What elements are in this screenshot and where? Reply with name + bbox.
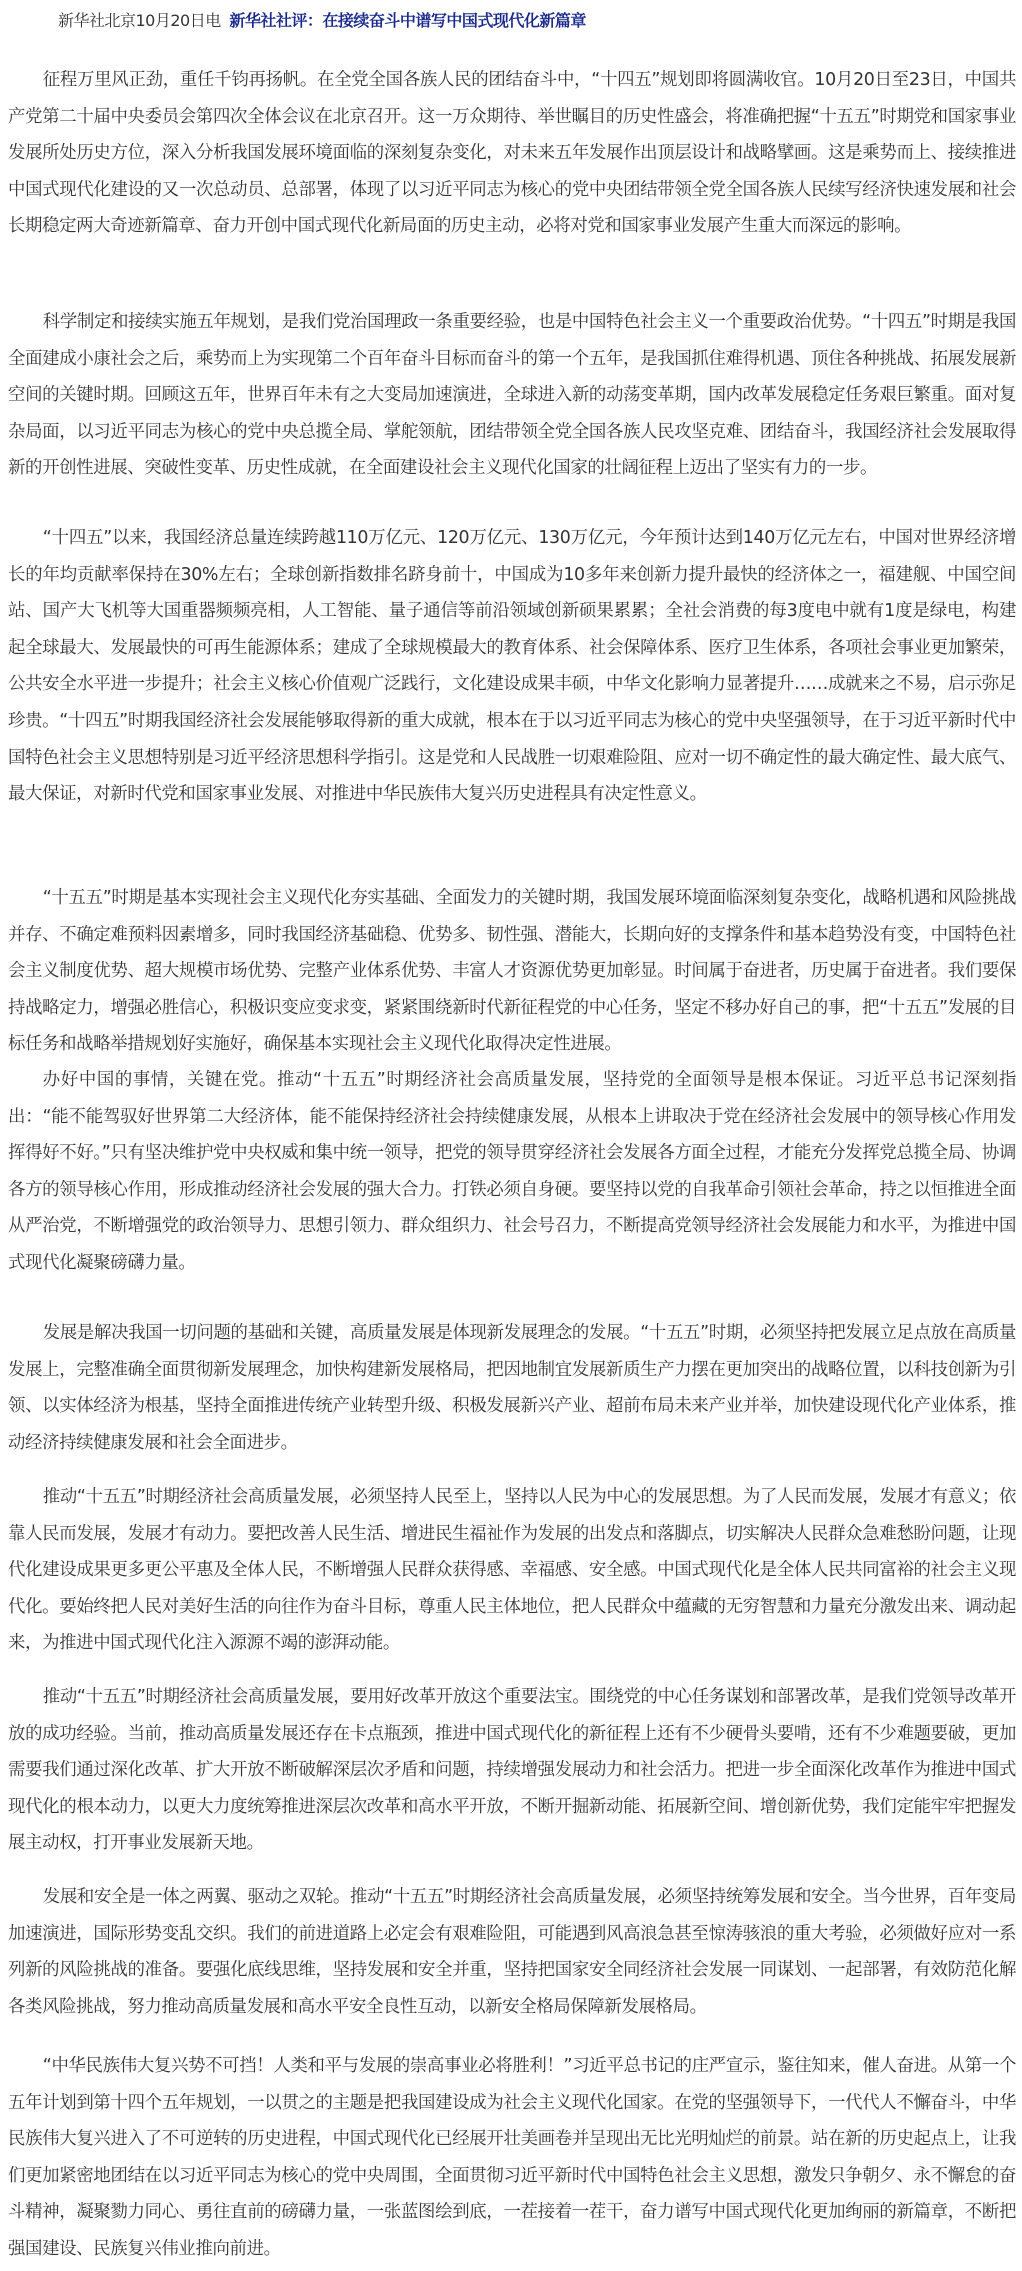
paragraph-2: 科学制定和接续实施五年规划，是我们党治国理政一条重要经验，也是中国特色社会主义一… xyxy=(8,304,1016,487)
article-header: 新华社北京10月20日电 新华社社评：在接续奋斗中谱写中国式现代化新篇章 xyxy=(58,9,586,33)
paragraph-3: “十四五”以来，我国经济总量连续跨越110万亿元、120万亿元、130万亿元，今… xyxy=(8,520,1016,813)
paragraph-1: 征程万里风正劲，重任千钧再扬帆。在全党全国各族人民的团结奋斗中，“十四五”规划即… xyxy=(8,62,1016,245)
dateline: 新华社北京10月20日电 xyxy=(58,11,221,30)
paragraph-10: “中华民族伟大复兴势不可挡！人类和平与发展的崇高事业必将胜利！”习近平总书记的庄… xyxy=(8,2048,1016,2268)
paragraph-7: 推动“十五五”时期经济社会高质量发展，必须坚持人民至上，坚持以人民为中心的发展思… xyxy=(8,1479,1016,1662)
paragraph-4: “十五五”时期是基本实现社会主义现代化夯实基础、全面发力的关键时期，我国发展环境… xyxy=(8,880,1016,1063)
paragraph-8: 推动“十五五”时期经济社会高质量发展，要用好改革开放这个重要法宝。围绕党的中心任… xyxy=(8,1679,1016,1862)
paragraph-5: 办好中国的事情，关键在党。推动“十五五”时期经济社会高质量发展，坚持党的全面领导… xyxy=(8,1062,1016,1282)
headline: 新华社社评：在接续奋斗中谱写中国式现代化新篇章 xyxy=(229,11,586,30)
paragraph-9: 发展和安全是一体之两翼、驱动之双轮。推动“十五五”时期经济社会高质量发展，必须坚… xyxy=(8,1879,1016,2025)
paragraph-6: 发展是解决我国一切问题的基础和关键，高质量发展是体现新发展理念的发展。“十五五”… xyxy=(8,1315,1016,1461)
